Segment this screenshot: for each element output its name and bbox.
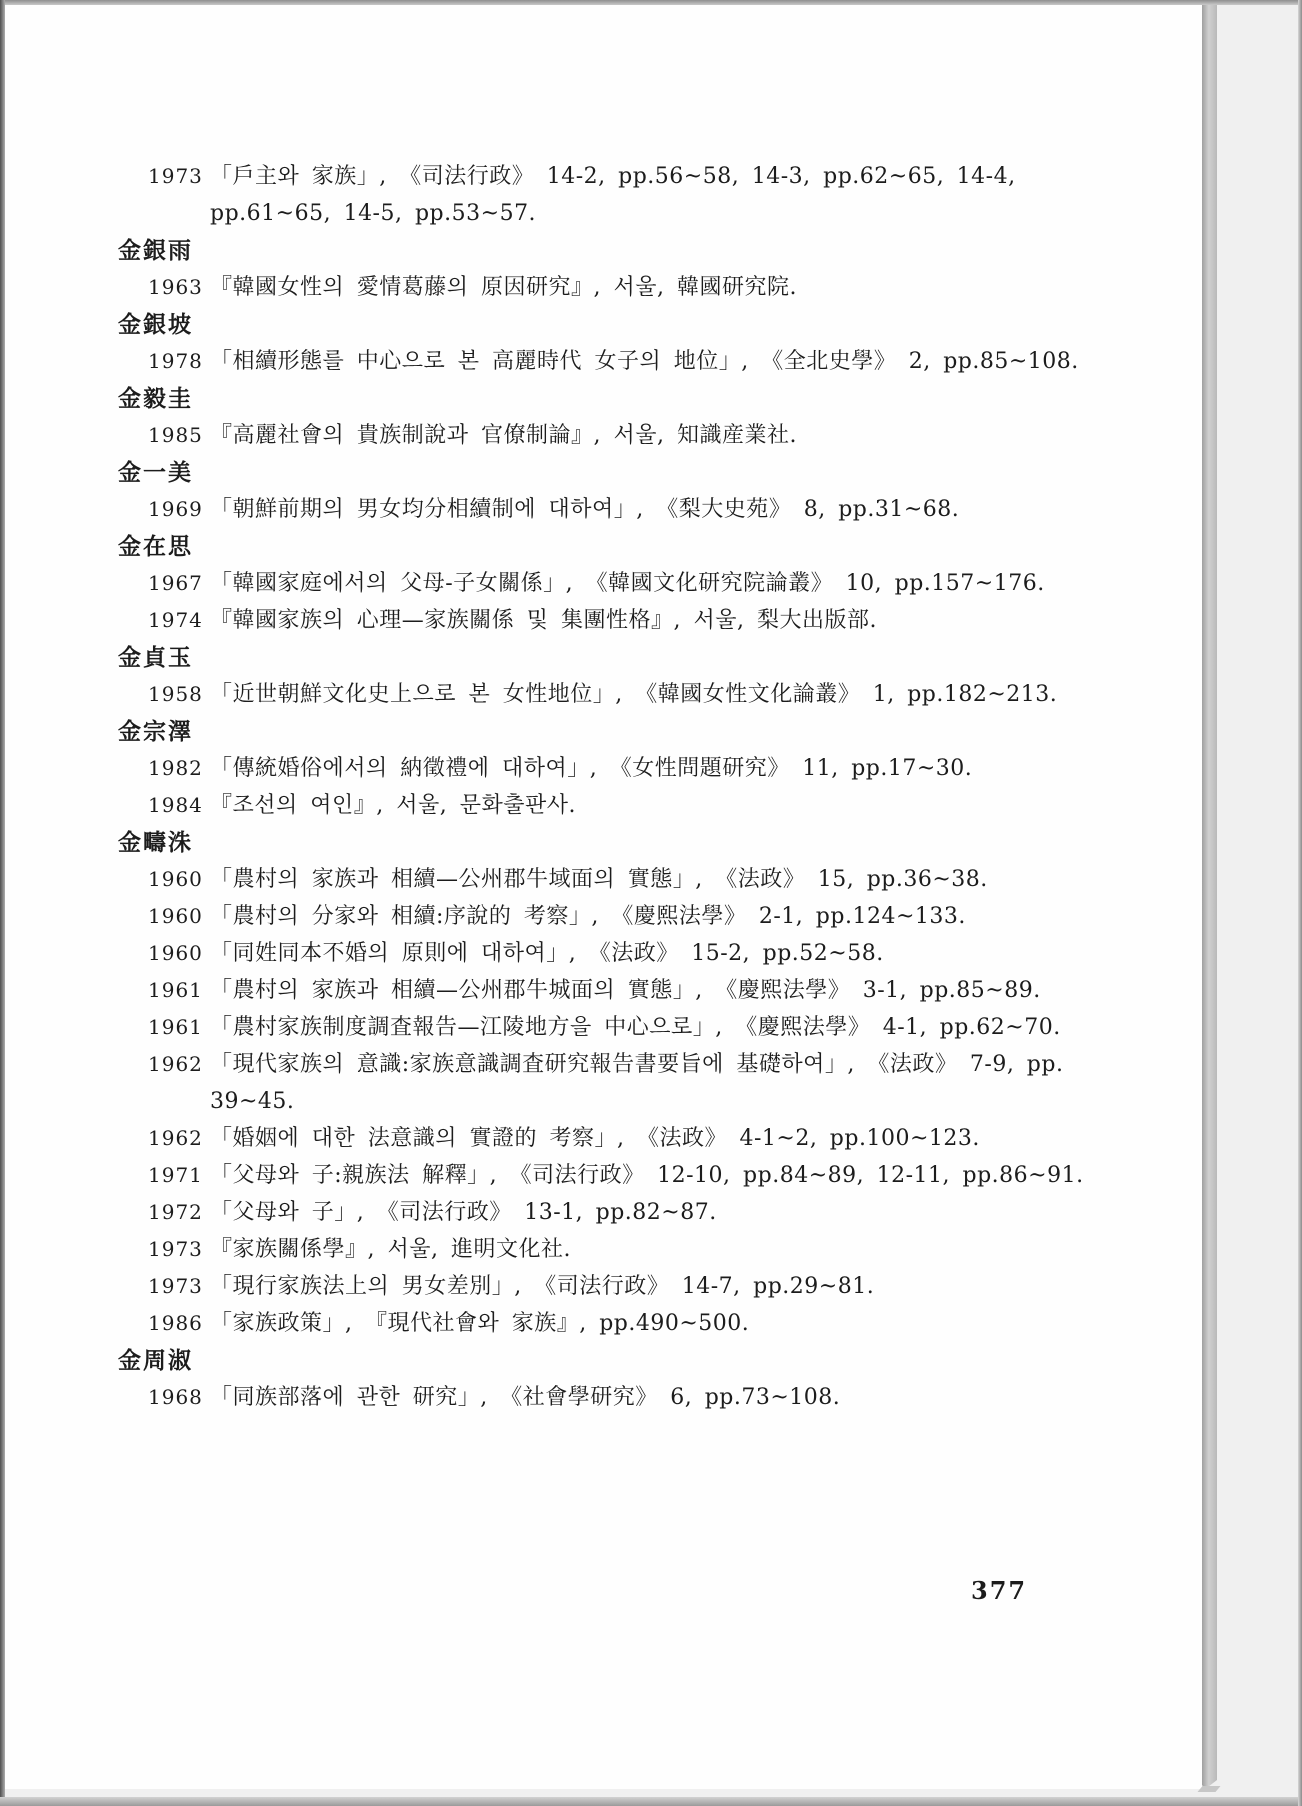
bibliography-entry: 1960「同姓同本不婚의 原則에 대하여」, 《法政》 15-2, pp.52~…	[148, 935, 1107, 972]
entry-year: 1961	[148, 972, 210, 1009]
entry-text: 『韓國家族의 心理—家族關係 및 集團性格』, 서울, 梨大出版部.	[210, 602, 1107, 639]
bibliography-entry: 1960「農村의 分家와 相續:序說的 考察」, 《慶熙法學》 2-1, pp.…	[148, 898, 1107, 935]
entry-year: 1974	[148, 602, 210, 639]
entry-year: 1982	[148, 750, 210, 787]
entry-text: 「父母와 子:親族法 解釋」, 《司法行政》 12-10, pp.84~89, …	[210, 1157, 1107, 1194]
author-heading: 金疇洙	[118, 824, 1107, 861]
entry-text: 「農村의 家族과 相續—公州郡牛域面의 實態」, 《法政》 15, pp.36~…	[210, 861, 1107, 898]
entry-text: 「朝鮮前期의 男女均分相續制에 대하여」, 《梨大史苑》 8, pp.31~68…	[210, 491, 1107, 528]
bibliography-entry: 1963『韓國女性의 愛情葛藤의 原因研究』, 서울, 韓國研究院.	[148, 269, 1107, 306]
page-edge	[1202, 5, 1217, 1789]
bibliography-entry: 1961「農村의 家族과 相續—公州郡牛城面의 實態」, 《慶熙法學》 3-1,…	[148, 972, 1107, 1009]
entry-text: 「近世朝鮮文化史上으로 본 女性地位」, 《韓國女性文化論叢》 1, pp.18…	[210, 676, 1107, 713]
bibliography-list: 1973「戶主와 家族」, 《司法行政》 14-2, pp.56~58, 14-…	[5, 158, 1107, 1416]
bibliography-entry: 1973『家族關係學』, 서울, 進明文化社.	[148, 1231, 1107, 1268]
entry-year: 1963	[148, 269, 210, 306]
entry-year: 1984	[148, 787, 210, 824]
scan-frame-right	[1298, 0, 1302, 1806]
entry-year: 1962	[148, 1120, 210, 1157]
entry-year: 1985	[148, 417, 210, 454]
entry-text: 「傳統婚俗에서의 納徵禮에 대하여」, 《女性問題研究》 11, pp.17~3…	[210, 750, 1107, 787]
entry-text: 『高麗社會의 貴族制說과 官僚制論』, 서울, 知識産業社.	[210, 417, 1107, 454]
scan-frame-bottom	[0, 1797, 1302, 1806]
author-heading: 金一美	[118, 454, 1107, 491]
bibliography-entry: 1962「現代家族의 意識:家族意識調査研究報告書要旨에 基礎하여」, 《法政》…	[148, 1046, 1107, 1120]
bibliography-entry: 1985『高麗社會의 貴族制說과 官僚制論』, 서울, 知識産業社.	[148, 417, 1107, 454]
entry-text: 「農村家族制度調査報告—江陵地方을 中心으로」, 《慶熙法學》 4-1, pp.…	[210, 1009, 1107, 1046]
bibliography-entry: 1972「父母와 子」, 《司法行政》 13-1, pp.82~87.	[148, 1194, 1107, 1231]
bibliography-entry: 1974『韓國家族의 心理—家族關係 및 集團性格』, 서울, 梨大出版部.	[148, 602, 1107, 639]
bibliography-entry: 1967「韓國家庭에서의 父母-子女關係」, 《韓國文化研究院論叢》 10, p…	[148, 565, 1107, 602]
entry-year: 1958	[148, 676, 210, 713]
author-heading: 金周淑	[118, 1342, 1107, 1379]
entry-text: 『韓國女性의 愛情葛藤의 原因研究』, 서울, 韓國研究院.	[210, 269, 1107, 306]
entry-text: 「農村의 分家와 相續:序說的 考察」, 《慶熙法學》 2-1, pp.124~…	[210, 898, 1107, 935]
entry-text: 『조선의 여인』, 서울, 문화출판사.	[210, 787, 1107, 824]
bibliography-entry: 1962「婚姻에 대한 法意識의 實證的 考察」, 《法政》 4-1~2, pp…	[148, 1120, 1107, 1157]
author-heading: 金在思	[118, 528, 1107, 565]
entry-year: 1971	[148, 1157, 210, 1194]
entry-year: 1972	[148, 1194, 210, 1231]
author-heading: 金銀雨	[118, 232, 1107, 269]
bibliography-entry: 1960「農村의 家族과 相續—公州郡牛域面의 實態」, 《法政》 15, pp…	[148, 861, 1107, 898]
bibliography-entry: 1973「現行家族法上의 男女差別」, 《司法行政》 14-7, pp.29~8…	[148, 1268, 1107, 1305]
author-heading: 金宗澤	[118, 713, 1107, 750]
entry-year: 1973	[148, 158, 210, 195]
entry-text: 『家族關係學』, 서울, 進明文化社.	[210, 1231, 1107, 1268]
entry-text: 「現行家族法上의 男女差別」, 《司法行政》 14-7, pp.29~81.	[210, 1268, 1107, 1305]
entry-text: 「戶主와 家族」, 《司法行政》 14-2, pp.56~58, 14-3, p…	[210, 158, 1107, 232]
bibliography-entry: 1986「家族政策」, 『現代社會와 家族』, pp.490~500.	[148, 1305, 1107, 1342]
entry-year: 1960	[148, 898, 210, 935]
entry-year: 1960	[148, 861, 210, 898]
page-edge-shadow	[1197, 1786, 1220, 1792]
entry-year: 1978	[148, 343, 210, 380]
entry-text: 「農村의 家族과 相續—公州郡牛城面의 實態」, 《慶熙法學》 3-1, pp.…	[210, 972, 1107, 1009]
author-heading: 金銀坡	[118, 306, 1107, 343]
entry-year: 1986	[148, 1305, 210, 1342]
scanned-book-page: 1973「戶主와 家族」, 《司法行政》 14-2, pp.56~58, 14-…	[0, 0, 1302, 1806]
entry-year: 1962	[148, 1046, 210, 1083]
author-heading: 金毅圭	[118, 380, 1107, 417]
entry-year: 1973	[148, 1231, 210, 1268]
entry-text: 「家族政策」, 『現代社會와 家族』, pp.490~500.	[210, 1305, 1107, 1342]
entry-year: 1967	[148, 565, 210, 602]
entry-text: 「現代家族의 意識:家族意識調査研究報告書要旨에 基礎하여」, 《法政》 7-9…	[210, 1046, 1107, 1120]
entry-text: 「父母와 子」, 《司法行政》 13-1, pp.82~87.	[210, 1194, 1107, 1231]
page-number: 377	[971, 1576, 1027, 1605]
entry-year: 1960	[148, 935, 210, 972]
bibliography-entry: 1978「相續形態를 中心으로 본 高麗時代 女子의 地位」, 《全北史學》 2…	[148, 343, 1107, 380]
book-page: 1973「戶主와 家族」, 《司法行政》 14-2, pp.56~58, 14-…	[5, 5, 1202, 1789]
entry-text: 「婚姻에 대한 法意識의 實證的 考察」, 《法政》 4-1~2, pp.100…	[210, 1120, 1107, 1157]
entry-year: 1961	[148, 1009, 210, 1046]
bibliography-entry: 1958「近世朝鮮文化史上으로 본 女性地位」, 《韓國女性文化論叢》 1, p…	[148, 676, 1107, 713]
entry-year: 1973	[148, 1268, 210, 1305]
entry-text: 「韓國家庭에서의 父母-子女關係」, 《韓國文化研究院論叢》 10, pp.15…	[210, 565, 1107, 602]
entry-year: 1968	[148, 1379, 210, 1416]
entry-text: 「同姓同本不婚의 原則에 대하여」, 《法政》 15-2, pp.52~58.	[210, 935, 1107, 972]
bibliography-entry: 1968「同族部落에 관한 研究」, 《社會學研究》 6, pp.73~108.	[148, 1379, 1107, 1416]
entry-year: 1969	[148, 491, 210, 528]
bibliography-entry: 1982「傳統婚俗에서의 納徵禮에 대하여」, 《女性問題研究》 11, pp.…	[148, 750, 1107, 787]
bibliography-entry: 1984『조선의 여인』, 서울, 문화출판사.	[148, 787, 1107, 824]
bibliography-entry: 1969「朝鮮前期의 男女均分相續制에 대하여」, 《梨大史苑》 8, pp.3…	[148, 491, 1107, 528]
bibliography-entry: 1961「農村家族制度調査報告—江陵地方을 中心으로」, 《慶熙法學》 4-1,…	[148, 1009, 1107, 1046]
author-heading: 金貞玉	[118, 639, 1107, 676]
entry-text: 「相續形態를 中心으로 본 高麗時代 女子의 地位」, 《全北史學》 2, pp…	[210, 343, 1107, 380]
entry-text: 「同族部落에 관한 研究」, 《社會學研究》 6, pp.73~108.	[210, 1379, 1107, 1416]
bibliography-entry: 1971「父母와 子:親族法 解釋」, 《司法行政》 12-10, pp.84~…	[148, 1157, 1107, 1194]
bibliography-entry: 1973「戶主와 家族」, 《司法行政》 14-2, pp.56~58, 14-…	[148, 158, 1107, 232]
